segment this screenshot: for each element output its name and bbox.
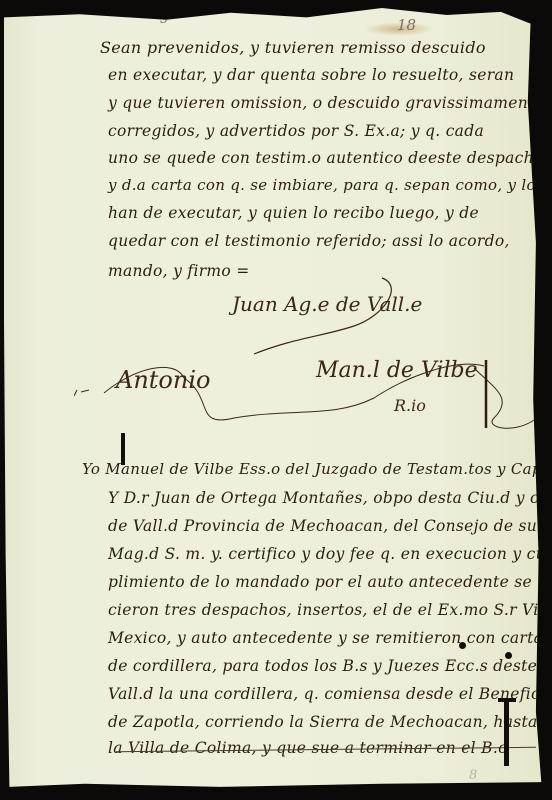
text-line: de Zapotla, corriendo la Sierra de Mecho… <box>108 713 538 731</box>
text-line: mando, y firmo = <box>108 262 250 280</box>
signature-flourishes <box>74 348 544 438</box>
folio-number-bottom: 8 <box>469 768 477 783</box>
manuscript-page: 5 18 8 Sean prevenidos, y tuvieren remis… <box>4 8 544 790</box>
text-line: Sean prevenidos, y tuvieren remisso desc… <box>100 38 486 57</box>
text-line: y que tuvieren omission, o descuido grav… <box>108 94 544 112</box>
ink-dot <box>459 642 466 649</box>
text-line: y d.a carta con q. se imbiare, para q. s… <box>108 176 552 194</box>
text-line: uno se quede con testim.o autentico dees… <box>108 149 544 167</box>
text-line: cieron tres despachos, insertos, el de e… <box>108 601 552 619</box>
text-line: Yo Manuel de Vilbe Ess.o del Juzgado de … <box>82 460 552 478</box>
text-line: en executar, y dar quenta sobre lo resue… <box>108 66 514 84</box>
text-line: corregidos, y advertidos por S. Ex.a; y … <box>108 122 484 140</box>
folio-number-top: 5 <box>160 12 168 27</box>
folio-number-top-right: 18 <box>397 16 416 34</box>
signature-flourish <box>234 276 414 356</box>
text-line: plimiento de lo mandado por el auto ante… <box>108 573 552 591</box>
text-line: Vall.d la una cordillera, q. comiensa de… <box>108 685 552 703</box>
ink-mark <box>498 698 516 702</box>
text-line: Y D.r Juan de Ortega Montañes, obpo dest… <box>108 489 552 507</box>
ink-dot <box>505 652 512 659</box>
text-line: Mag.d S. m. y. certifico y doy fee q. en… <box>108 545 552 563</box>
ink-mark <box>504 698 509 766</box>
text-line: de Vall.d Provincia de Mechoacan, del Co… <box>108 517 537 535</box>
text-line: de cordillera, para todos los B.s y Juez… <box>108 657 552 675</box>
text-line: han de executar, y quien lo recibo luego… <box>108 204 479 222</box>
text-line: Mexico, y auto antecedente y se remitier… <box>108 629 552 647</box>
text-line: quedar con el testimonio referido; assi … <box>108 232 510 250</box>
